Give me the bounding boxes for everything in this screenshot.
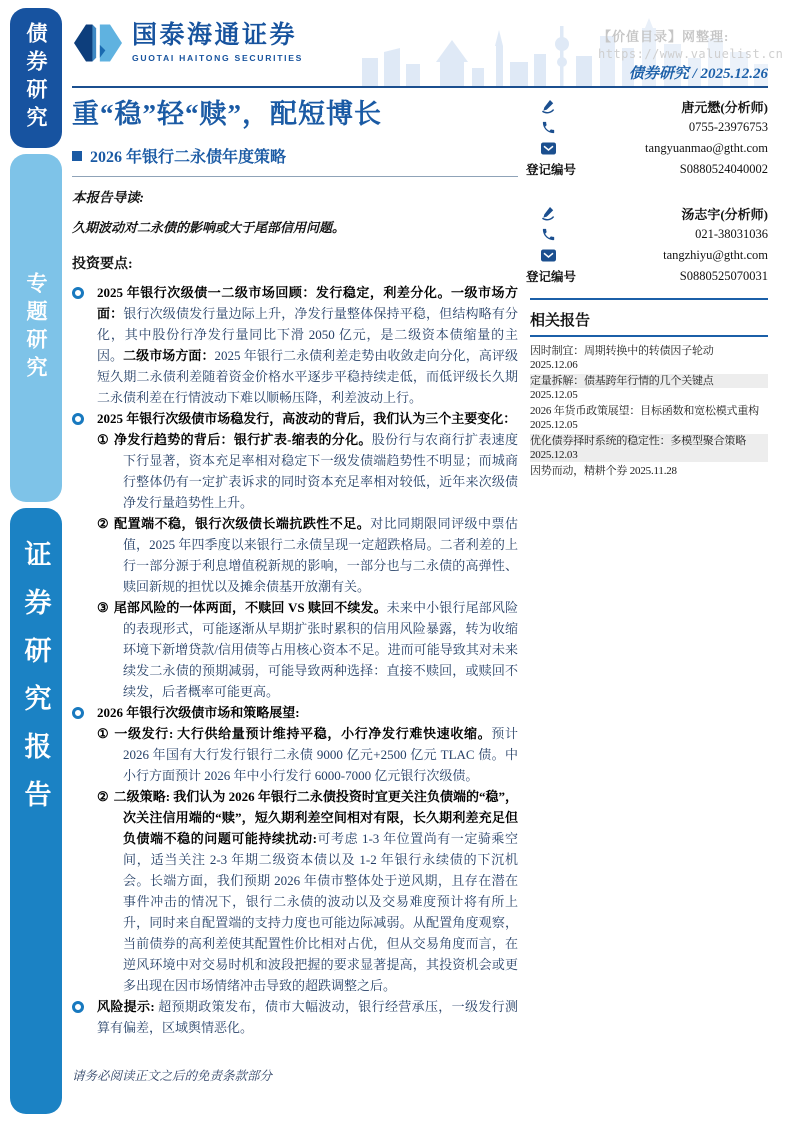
- analyst-email[interactable]: tangyuanmao@gtht.com: [645, 141, 768, 156]
- bold-lead: 尾部风险的一体两面，不赎回 VS 赎回不续发。: [114, 600, 387, 615]
- header-divider: [72, 86, 768, 88]
- sidebar-tab-bond-research: 债券研究: [10, 8, 62, 148]
- key-point-item: 2025 年银行次级债市场稳发行，高波动的背后，我们认为三个主要变化： ①净发行…: [72, 408, 518, 702]
- sub-point: ②配置端不稳，银行次级债长端抗跌性不足。对比同期限同评级中票估值，2025 年四…: [97, 513, 518, 597]
- sub-point: ①一级发行: 大行供给量预计维持平稳，小行净发行难快速收缩。预计 2026 年国…: [97, 723, 518, 786]
- analyst-card: 唐元懋(分析师) 0755-23976753 tangyuanmao@gtht.…: [530, 96, 768, 179]
- related-report-date: 2025.12.06: [530, 358, 768, 372]
- report-category: 债券研究: [629, 66, 689, 82]
- body-text: 超预期政策发布，债市大幅波动，银行经营承压，一级发行测算有偏差，区域舆情恶化。: [97, 999, 518, 1035]
- phone-icon: [530, 227, 566, 242]
- ring-bullet-icon: [72, 1001, 84, 1013]
- bold-lead: 2026 年银行次级债市场和策略展望:: [97, 705, 300, 720]
- bold-lead: 一级发行: 大行供给量预计维持平稳，小行净发行难快速收缩。: [114, 726, 491, 741]
- related-report-item[interactable]: 因时制宜：周期转换中的转债因子轮动 2025.12.06: [530, 344, 768, 372]
- sub-point: ②二级策略: 我们认为 2026 年银行二永债投资时宜更关注负债端的“稳”，次关…: [97, 786, 518, 996]
- analyst-name: 唐元懋(分析师): [681, 97, 768, 116]
- key-point-item: 风险提示: 超预期政策发布，债市大幅波动，银行经营承压，一级发行测算有偏差，区域…: [72, 996, 518, 1038]
- related-reports-title: 相关报告: [530, 309, 768, 330]
- sidebar-tab-label: 债券研究: [21, 22, 51, 134]
- disclaimer-footer: 请务必阅读正文之后的免责条款部分: [72, 1066, 272, 1084]
- bold-lead: 2025 年银行次级债市场稳发行，高波动的背后，我们认为三个主要变化：: [97, 411, 516, 426]
- brand-logo: 国泰海通证券 GUOTAI HAITONG SECURITIES: [74, 22, 303, 64]
- pen-signature-icon: [530, 205, 566, 221]
- analyst-name: 汤志宇(分析师): [681, 204, 768, 223]
- related-report-title[interactable]: 因势而动，精耕个券 2025.11.28: [530, 464, 768, 478]
- report-subtitle: 2026 年银行二永债年度策略: [90, 144, 286, 167]
- analyst-name-row: 汤志宇(分析师): [530, 203, 768, 223]
- analyst-reg-row: 登记编号 S0880524040002: [530, 159, 768, 179]
- square-bullet-icon: [72, 151, 82, 161]
- key-point-text: 2026 年银行次级债市场和策略展望: ①一级发行: 大行供给量预计维持平稳，小…: [97, 702, 518, 996]
- analyst-phone-row: 0755-23976753: [530, 117, 768, 137]
- ring-bullet-icon: [72, 707, 84, 719]
- report-date: 2025.12.26: [701, 66, 769, 82]
- pen-signature-icon: [530, 98, 566, 114]
- ring-bullet-icon: [72, 287, 84, 299]
- registration-label: 登记编号: [526, 160, 576, 178]
- related-report-date: 2025.12.03: [530, 448, 768, 462]
- analyst-card: 汤志宇(分析师) 021-38031036 tangzhiyu@gtht.com…: [530, 203, 768, 286]
- registration-number: S0880525070031: [680, 269, 768, 284]
- key-point-item: 2025 年银行次级债一二级市场回顾：发行稳定，利差分化。一级市场方面：银行次级…: [72, 282, 518, 408]
- sidebar-tab-label: 证券研究报告: [17, 540, 56, 828]
- sub-point: ③尾部风险的一体两面，不赎回 VS 赎回不续发。未来中小银行尾部风险的表现形式，…: [97, 597, 518, 702]
- key-points-label: 投资要点:: [72, 253, 518, 273]
- related-report-title[interactable]: 2026 年货币政策展望：目标函数和宽松模式重构: [530, 404, 768, 418]
- brand-name-cn: 国泰海通证券: [132, 23, 303, 49]
- related-reports-top-divider: [530, 298, 768, 300]
- mail-icon: [530, 142, 566, 155]
- intro-label: 本报告导读:: [72, 186, 518, 206]
- ring-bullet-icon: [72, 413, 84, 425]
- sidebar-tab-label: 专题研究: [21, 272, 51, 384]
- brand-logo-icon: [74, 22, 122, 64]
- related-report-title[interactable]: 优化债券择时系统的稳定性：多模型聚合策略: [530, 434, 768, 448]
- related-report-item[interactable]: 因势而动，精耕个券 2025.11.28: [530, 464, 768, 478]
- analyst-phone-row: 021-38031036: [530, 224, 768, 244]
- bold-lead: 净发行趋势的背后：银行扩表-缩表的分化。: [114, 432, 372, 447]
- related-reports-underline: [530, 335, 768, 337]
- watermark-url[interactable]: https://www.valuelist.cn: [598, 47, 783, 61]
- page-title: 重“稳”轻“赎”，配短博长: [72, 92, 518, 131]
- bold-lead: 风险提示:: [97, 999, 158, 1014]
- key-point-text: 2025 年银行次级债市场稳发行，高波动的背后，我们认为三个主要变化： ①净发行…: [97, 408, 518, 702]
- related-report-item[interactable]: 2026 年货币政策展望：目标函数和宽松模式重构 2025.12.05: [530, 404, 768, 432]
- phone-icon: [530, 120, 566, 135]
- circled-number-icon: ②: [97, 516, 109, 531]
- analyst-email-row: tangyuanmao@gtht.com: [530, 138, 768, 158]
- circled-number-icon: ①: [97, 726, 109, 741]
- sidebar-tab-topic-research: 专题研究: [10, 154, 62, 502]
- sub-point: ①净发行趋势的背后：银行扩表-缩表的分化。股份行与农商行扩表速度下行显著，资本充…: [97, 429, 518, 513]
- key-point-text: 2025 年银行次级债一二级市场回顾：发行稳定，利差分化。一级市场方面：银行次级…: [97, 282, 518, 408]
- separator: /: [693, 66, 697, 82]
- registration-label: 登记编号: [526, 267, 576, 285]
- mail-icon: [530, 249, 566, 262]
- analyst-phone: 0755-23976753: [689, 120, 768, 135]
- analyst-email-row: tangzhiyu@gtht.com: [530, 245, 768, 265]
- related-report-date: 2025.12.05: [530, 418, 768, 432]
- key-point-text: 风险提示: 超预期政策发布，债市大幅波动，银行经营承压，一级发行测算有偏差，区域…: [97, 996, 518, 1038]
- circled-number-icon: ②: [97, 789, 109, 804]
- analyst-name-row: 唐元懋(分析师): [530, 96, 768, 116]
- analyst-email[interactable]: tangzhiyu@gtht.com: [663, 248, 768, 263]
- report-category-date: 债券研究 / 2025.12.26: [500, 62, 768, 83]
- sidebar-tab-securities-report: 证券研究报告: [10, 508, 62, 1114]
- bold-lead: 二级市场方面：: [123, 348, 214, 363]
- circled-number-icon: ③: [97, 600, 109, 615]
- related-report-item[interactable]: 优化债券择时系统的稳定性：多模型聚合策略 2025.12.03: [530, 434, 768, 462]
- analyst-phone: 021-38031036: [695, 227, 768, 242]
- related-report-title[interactable]: 因时制宜：周期转换中的转债因子轮动: [530, 344, 768, 358]
- intro-text: 久期波动对二永债的影响或大于尾部信用问题。: [72, 217, 518, 236]
- analyst-reg-row: 登记编号 S0880525070031: [530, 266, 768, 286]
- watermark-text: 【价值目录】网整理:: [598, 26, 783, 45]
- related-report-item[interactable]: 定量拆解：债基跨年行情的几个关键点 2025.12.05: [530, 374, 768, 402]
- info-column: 唐元懋(分析师) 0755-23976753 tangyuanmao@gtht.…: [530, 96, 768, 480]
- bold-lead: 配置端不稳，银行次级债长端抗跌性不足。: [114, 516, 370, 531]
- brand-name-en: GUOTAI HAITONG SECURITIES: [132, 53, 303, 63]
- watermark: 【价值目录】网整理: https://www.valuelist.cn: [598, 26, 783, 61]
- related-report-date: 2025.12.05: [530, 388, 768, 402]
- related-report-title[interactable]: 定量拆解：债基跨年行情的几个关键点: [530, 374, 768, 388]
- key-point-item: 2026 年银行次级债市场和策略展望: ①一级发行: 大行供给量预计维持平稳，小…: [72, 702, 518, 996]
- circled-number-icon: ①: [97, 432, 109, 447]
- report-subtitle-row: 2026 年银行二永债年度策略: [72, 144, 518, 177]
- main-column: 重“稳”轻“赎”，配短博长 2026 年银行二永债年度策略 本报告导读: 久期波…: [72, 92, 518, 1038]
- body-text: 可考虑 1-3 年位置尚有一定骑乘空间，适当关注 2-3 年期二级资本债以及 1…: [123, 831, 518, 993]
- registration-number: S0880524040002: [680, 162, 768, 177]
- related-reports-list: 因时制宜：周期转换中的转债因子轮动 2025.12.06 定量拆解：债基跨年行情…: [530, 344, 768, 478]
